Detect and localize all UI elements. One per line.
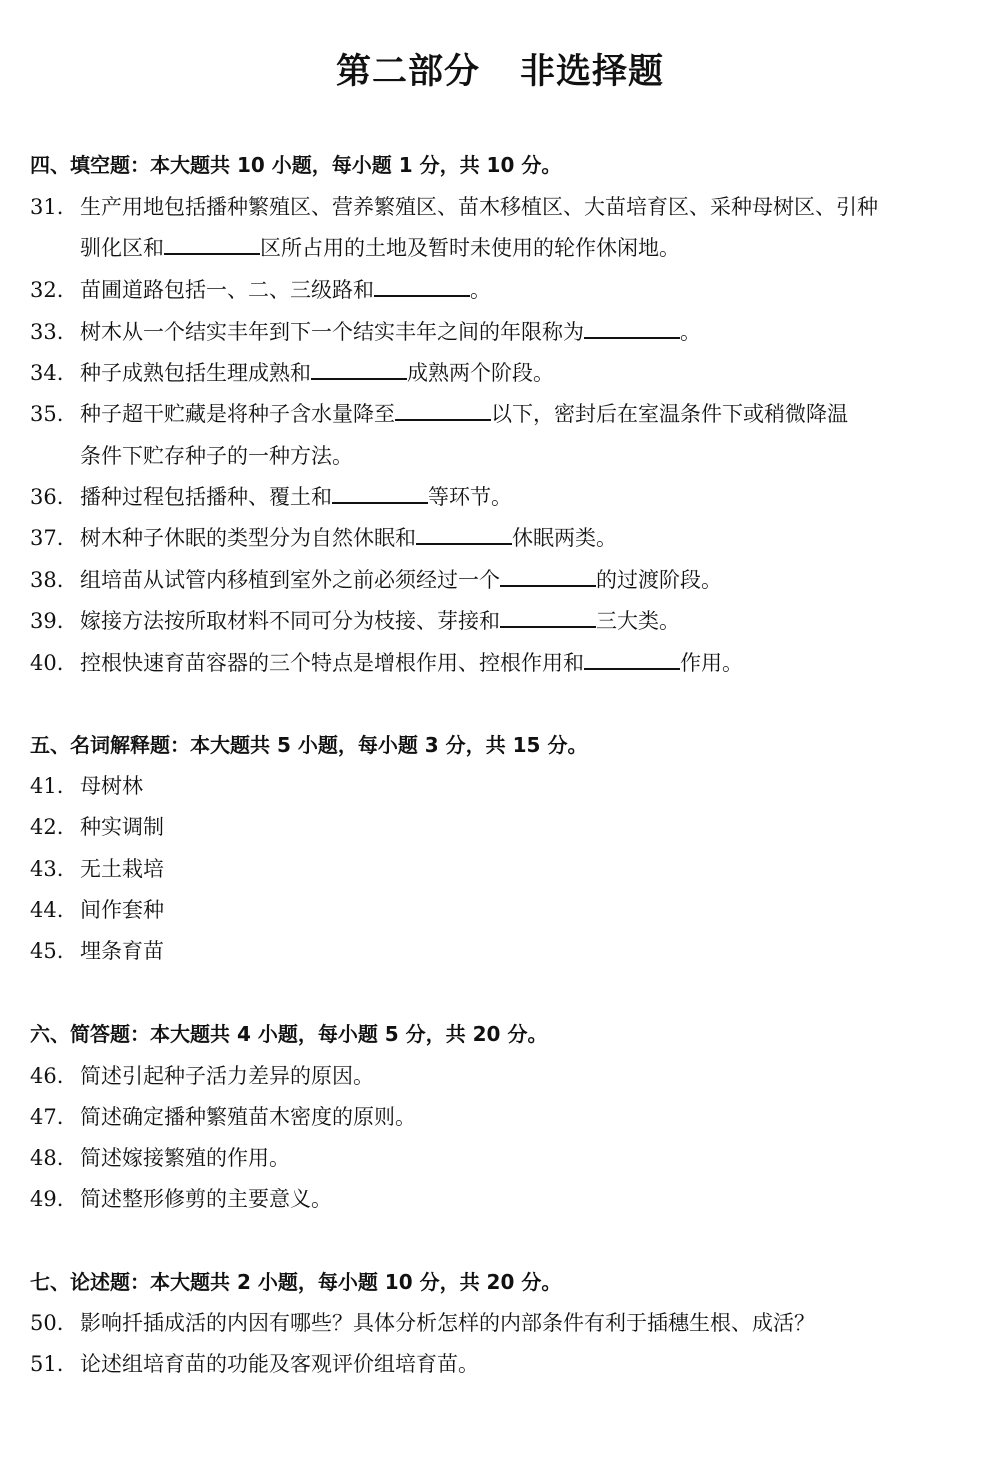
question-text: 成熟两个阶段。: [407, 361, 554, 385]
question-32: 32.苗圃道路包括一、二、三级路和。: [30, 275, 491, 305]
question-49: 49.简述整形修剪的主要意义。: [30, 1184, 332, 1214]
title-part: 第二部分: [336, 52, 480, 92]
question-text: 作用。: [680, 651, 743, 675]
question-number: 36.: [30, 482, 80, 512]
question-text: 简述嫁接繁殖的作用。: [80, 1146, 290, 1170]
answer-blank: [395, 399, 491, 421]
section-heading-essay: 七、论述题：本大题共 2 小题，每小题 10 分，共 20 分。: [30, 1267, 561, 1297]
question-36: 36.播种过程包括播种、覆土和等环节。: [30, 482, 512, 512]
title-name: 非选择题: [520, 52, 664, 92]
question-text: 组培苗从试管内移植到室外之前必须经过一个: [80, 568, 500, 592]
question-35: 35.种子超干贮藏是将种子含水量降至以下，密封后在室温条件下或稍微降温: [30, 399, 848, 429]
page-title: 第二部分非选择题: [0, 44, 1000, 94]
answer-blank: [416, 523, 512, 545]
question-number: 48.: [30, 1143, 80, 1173]
question-number: 38.: [30, 565, 80, 595]
question-number: 45.: [30, 936, 80, 966]
question-text: 种实调制: [80, 815, 164, 839]
question-text: 。: [680, 320, 701, 344]
answer-blank: [374, 275, 470, 297]
answer-blank: [311, 358, 407, 380]
question-31-cont: 驯化区和区所占用的土地及暂时未使用的轮作休闲地。: [80, 233, 680, 263]
question-42: 42.种实调制: [30, 812, 164, 842]
question-text: 间作套种: [80, 898, 164, 922]
question-number: 41.: [30, 771, 80, 801]
question-40: 40.控根快速育苗容器的三个特点是增根作用、控根作用和作用。: [30, 648, 743, 678]
question-37: 37.树木种子休眠的类型分为自然休眠和休眠两类。: [30, 523, 617, 553]
question-text: 的过渡阶段。: [596, 568, 722, 592]
question-number: 43.: [30, 854, 80, 884]
question-text: 。: [470, 278, 491, 302]
question-43: 43.无土栽培: [30, 854, 164, 884]
question-number: 40.: [30, 648, 80, 678]
question-number: 35.: [30, 399, 80, 429]
answer-blank: [164, 233, 260, 255]
question-text: 苗圃道路包括一、二、三级路和: [80, 278, 374, 302]
section-heading-fill: 四、填空题：本大题共 10 小题，每小题 1 分，共 10 分。: [30, 150, 561, 180]
question-text: 母树林: [80, 774, 143, 798]
question-41: 41.母树林: [30, 771, 143, 801]
question-35-cont: 条件下贮存种子的一种方法。: [80, 441, 353, 471]
question-number: 50.: [30, 1308, 80, 1338]
question-number: 42.: [30, 812, 80, 842]
question-47: 47.简述确定播种繁殖苗木密度的原则。: [30, 1102, 416, 1132]
question-text: 等环节。: [428, 485, 512, 509]
question-text: 树木种子休眠的类型分为自然休眠和: [80, 526, 416, 550]
question-number: 37.: [30, 523, 80, 553]
question-text: 埋条育苗: [80, 939, 164, 963]
question-number: 47.: [30, 1102, 80, 1132]
question-45: 45.埋条育苗: [30, 936, 164, 966]
question-text: 播种过程包括播种、覆土和: [80, 485, 332, 509]
question-48: 48.简述嫁接繁殖的作用。: [30, 1143, 290, 1173]
question-44: 44.间作套种: [30, 895, 164, 925]
section-heading-short: 六、简答题：本大题共 4 小题，每小题 5 分，共 20 分。: [30, 1019, 547, 1049]
question-number: 46.: [30, 1061, 80, 1091]
question-text: 三大类。: [596, 609, 680, 633]
question-number: 32.: [30, 275, 80, 305]
question-text: 影响扦插成活的内因有哪些？具体分析怎样的内部条件有利于插穗生根、成活？: [80, 1311, 815, 1335]
answer-blank: [500, 565, 596, 587]
question-text: 驯化区和: [80, 236, 164, 260]
question-number: 34.: [30, 358, 80, 388]
question-text: 简述确定播种繁殖苗木密度的原则。: [80, 1105, 416, 1129]
question-46: 46.简述引起种子活力差异的原因。: [30, 1061, 374, 1091]
question-text: 休眠两类。: [512, 526, 617, 550]
question-text: 以下，密封后在室温条件下或稍微降温: [491, 402, 848, 426]
section-heading-terms: 五、名词解释题：本大题共 5 小题，每小题 3 分，共 15 分。: [30, 730, 587, 760]
question-text: 区所占用的土地及暂时未使用的轮作休闲地。: [260, 236, 680, 260]
question-number: 51.: [30, 1349, 80, 1379]
question-text: 简述整形修剪的主要意义。: [80, 1187, 332, 1211]
question-number: 49.: [30, 1184, 80, 1214]
question-text: 树木从一个结实丰年到下一个结实丰年之间的年限称为: [80, 320, 584, 344]
question-number: 33.: [30, 317, 80, 347]
question-text: 论述组培育苗的功能及客观评价组培育苗。: [80, 1352, 479, 1376]
question-text: 无土栽培: [80, 857, 164, 881]
question-text: 生产用地包括播种繁殖区、营养繁殖区、苗木移植区、大苗培育区、采种母树区、引种: [80, 195, 878, 219]
answer-blank: [500, 606, 596, 628]
answer-blank: [584, 648, 680, 670]
question-number: 44.: [30, 895, 80, 925]
question-text: 种子超干贮藏是将种子含水量降至: [80, 402, 395, 426]
answer-blank: [584, 317, 680, 339]
answer-blank: [332, 482, 428, 504]
question-38: 38.组培苗从试管内移植到室外之前必须经过一个的过渡阶段。: [30, 565, 722, 595]
question-number: 31.: [30, 192, 80, 222]
question-31: 31.生产用地包括播种繁殖区、营养繁殖区、苗木移植区、大苗培育区、采种母树区、引…: [30, 192, 878, 222]
question-39: 39.嫁接方法按所取材料不同可分为枝接、芽接和三大类。: [30, 606, 680, 636]
question-number: 39.: [30, 606, 80, 636]
question-text: 控根快速育苗容器的三个特点是增根作用、控根作用和: [80, 651, 584, 675]
question-text: 简述引起种子活力差异的原因。: [80, 1064, 374, 1088]
question-50: 50.影响扦插成活的内因有哪些？具体分析怎样的内部条件有利于插穗生根、成活？: [30, 1308, 815, 1338]
question-34: 34.种子成熟包括生理成熟和成熟两个阶段。: [30, 358, 554, 388]
question-51: 51.论述组培育苗的功能及客观评价组培育苗。: [30, 1349, 479, 1379]
question-33: 33.树木从一个结实丰年到下一个结实丰年之间的年限称为。: [30, 317, 701, 347]
question-text: 嫁接方法按所取材料不同可分为枝接、芽接和: [80, 609, 500, 633]
question-text: 种子成熟包括生理成熟和: [80, 361, 311, 385]
